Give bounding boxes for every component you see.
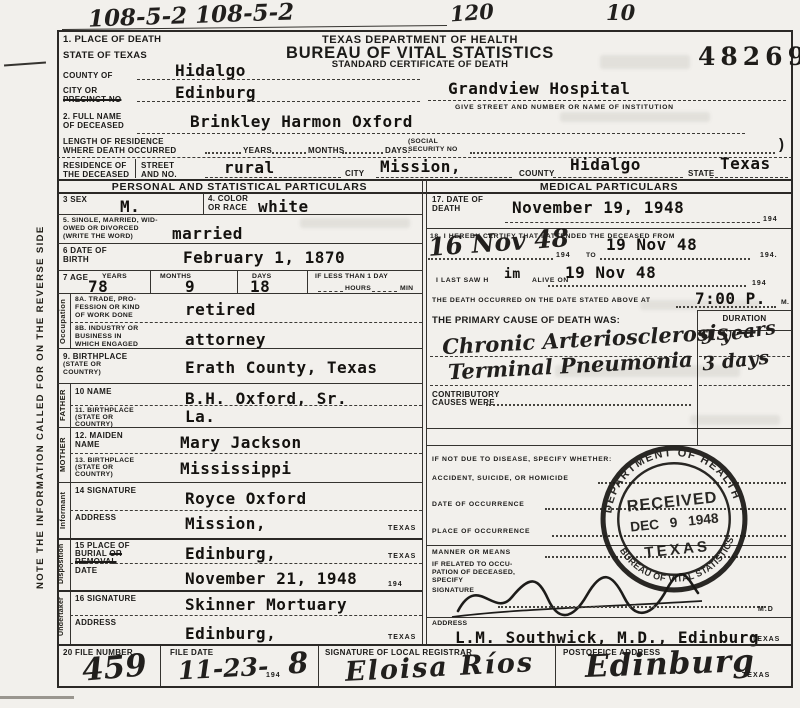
rule bbox=[376, 177, 512, 178]
city-value: Edinburg bbox=[175, 83, 256, 102]
trade-value: retired bbox=[185, 300, 256, 319]
father-name-label: 10 NAME bbox=[75, 387, 112, 396]
rule bbox=[428, 258, 553, 260]
county-value: Hidalgo bbox=[175, 61, 246, 80]
residence-state-value: Texas bbox=[720, 154, 771, 173]
age-label: 7 AGE bbox=[63, 273, 88, 282]
md-label: M.D bbox=[758, 606, 774, 613]
rule bbox=[57, 30, 793, 32]
industry-value: attorney bbox=[185, 330, 266, 349]
dept-line-3: STANDARD CERTIFICATE OF DEATH bbox=[250, 59, 590, 70]
institution-value: Grandview Hospital bbox=[448, 79, 630, 98]
burial-date-label: DATE bbox=[75, 566, 97, 575]
year-hint: 194 bbox=[763, 216, 778, 223]
father-group-label: FATHER bbox=[58, 386, 69, 424]
rule bbox=[430, 385, 692, 386]
min-label: MIN bbox=[400, 285, 413, 293]
rule bbox=[57, 214, 422, 215]
hours-label: HOURS bbox=[345, 285, 371, 293]
undertaker-address-label: ADDRESS bbox=[75, 618, 116, 627]
informant-group-label: Informant bbox=[58, 485, 69, 535]
undertaker-signature-label: 16 SIGNATURE bbox=[75, 594, 136, 603]
occupation-group-label: Occupation bbox=[58, 296, 69, 346]
undertaker-address-value: Edinburg, bbox=[185, 624, 276, 643]
physician-address-label: ADDRESS bbox=[432, 620, 467, 628]
institution-hint: GIVE STREET AND NUMBER OR NAME OF INSTIT… bbox=[455, 104, 674, 112]
rule bbox=[428, 100, 786, 101]
stamp-state: TEXAS bbox=[644, 538, 711, 562]
rule bbox=[205, 177, 341, 178]
disposition-group-label: Disposition bbox=[58, 540, 69, 588]
rule bbox=[57, 243, 422, 244]
rule bbox=[57, 482, 422, 483]
rule bbox=[57, 270, 422, 271]
death-occurred-label: THE DEATH OCCURRED ON THE DATE STATED AB… bbox=[432, 297, 651, 305]
years-label: YEARS bbox=[243, 146, 272, 155]
rule bbox=[57, 590, 422, 592]
birthplace-label-2: (STATE OR bbox=[63, 361, 101, 369]
rule bbox=[699, 385, 790, 386]
postoffice-value: Edinburg bbox=[584, 643, 755, 685]
rule bbox=[498, 606, 766, 608]
last-saw-label-pre: I LAST SAW H bbox=[436, 277, 489, 285]
received-stamp: DEPARTMENT OF HEALTH BUREAU OF VITAL STA… bbox=[590, 435, 757, 602]
trade-label-3: OF WORK DONE bbox=[75, 312, 133, 320]
residence-city-value: Mission, bbox=[380, 157, 461, 176]
file-number-value: 459 bbox=[81, 647, 149, 689]
rule bbox=[70, 405, 422, 406]
rule bbox=[426, 428, 792, 429]
rule bbox=[426, 617, 792, 618]
precinct-label-struck: PRECINCT NO bbox=[63, 95, 121, 104]
rule bbox=[70, 563, 422, 564]
reverse-side-note: NOTE THE INFORMATION CALLED FOR ON THE R… bbox=[35, 163, 52, 651]
rule bbox=[203, 193, 204, 214]
date-of-occurrence-label: DATE OF OCCURRENCE bbox=[432, 501, 525, 509]
rule bbox=[57, 538, 422, 540]
year-hint: 194 bbox=[266, 672, 281, 679]
rule bbox=[150, 271, 151, 293]
last-saw-him-typed: im bbox=[504, 267, 521, 282]
residence-county-value: Hidalgo bbox=[570, 155, 641, 174]
rule bbox=[137, 101, 420, 102]
rule bbox=[318, 291, 343, 292]
months-label: MONTHS bbox=[308, 146, 344, 155]
state-of-texas-label: STATE OF TEXAS bbox=[63, 50, 147, 61]
ssn-label-1: (SOCIAL bbox=[408, 138, 438, 146]
rule bbox=[555, 646, 556, 686]
date-of-death-value: November 19, 1948 bbox=[512, 198, 684, 217]
birthplace-label-3: COUNTRY) bbox=[63, 369, 101, 377]
trade-label-2: FESSION OR KIND bbox=[75, 304, 140, 312]
birthplace-value: Erath County, Texas bbox=[185, 358, 378, 377]
marital-label-2: OWED OR DIVORCED bbox=[63, 225, 139, 233]
undertaker-signature-value: Skinner Mortuary bbox=[185, 595, 347, 614]
days-label: DAYS. bbox=[385, 146, 410, 155]
rule bbox=[318, 646, 319, 686]
rule bbox=[70, 322, 422, 323]
year-hint: 194. bbox=[760, 252, 778, 259]
mother-group-label: MOTHER bbox=[58, 430, 69, 479]
burial-place-state: TEXAS bbox=[388, 553, 416, 560]
rule bbox=[676, 306, 776, 308]
file-date-value: 11-23- bbox=[177, 652, 269, 686]
year-hint: 194 bbox=[556, 252, 571, 259]
top-number-annotation: 10 bbox=[606, 0, 635, 25]
informant-signature-value: Royce Oxford bbox=[185, 489, 307, 508]
full-name-value: Brinkley Harmon Oxford bbox=[190, 112, 413, 131]
primary-cause-label: THE PRIMARY CAUSE OF DEATH WAS: bbox=[432, 315, 620, 326]
rule bbox=[70, 453, 422, 454]
rule bbox=[137, 79, 420, 80]
rule bbox=[600, 258, 750, 260]
certificate-number: 48269 bbox=[698, 42, 800, 71]
last-saw-label-post: ALIVE ON bbox=[532, 277, 569, 285]
rule bbox=[710, 177, 788, 178]
rule bbox=[372, 291, 397, 292]
undertaker-group-label: Undertaker bbox=[58, 592, 69, 642]
birth-label-2: BIRTH bbox=[63, 255, 89, 264]
rule bbox=[70, 383, 71, 644]
mother-birthplace-label-3: COUNTRY) bbox=[75, 471, 113, 479]
date-of-death-label-2: DEATH bbox=[432, 204, 460, 213]
rule bbox=[422, 179, 423, 644]
rule bbox=[237, 271, 238, 293]
marital-label-1: 5. SINGLE, MARRIED, WID- bbox=[63, 217, 158, 225]
ssn-close-paren: ) bbox=[779, 136, 784, 154]
rule bbox=[426, 179, 427, 644]
bleed-smudge bbox=[560, 112, 710, 122]
rule bbox=[553, 177, 683, 178]
marital-label-3: (WRITE THE WORD) bbox=[63, 233, 133, 241]
manner-or-means-label: MANNER OR MEANS bbox=[432, 549, 511, 557]
rule bbox=[791, 30, 793, 688]
place-of-occurrence-label: PLACE OF OCCURRENCE bbox=[432, 528, 530, 536]
maiden-name-value: Mary Jackson bbox=[180, 433, 302, 452]
file-date-year-handwritten: 8 bbox=[287, 645, 310, 680]
street-value: rural bbox=[224, 158, 275, 177]
rule bbox=[342, 152, 383, 154]
rule bbox=[205, 152, 241, 154]
year-hint: 194 bbox=[752, 280, 767, 287]
rule bbox=[70, 510, 422, 511]
rule bbox=[70, 615, 422, 616]
rule bbox=[0, 696, 74, 699]
margin-dash bbox=[4, 62, 46, 67]
burial-date-value: November 21, 1948 bbox=[185, 569, 357, 588]
if-not-disease-label: IF NOT DUE TO DISEASE, SPECIFY WHETHER: bbox=[432, 456, 612, 464]
mother-birthplace-value: Mississippi bbox=[180, 459, 291, 478]
rule bbox=[57, 427, 422, 428]
sex-label: 3 SEX bbox=[63, 195, 87, 204]
rule bbox=[57, 348, 422, 349]
burial-date-hint: 194 bbox=[388, 581, 403, 588]
rule bbox=[272, 152, 306, 154]
full-name-label-2: OF DECEASED bbox=[63, 121, 124, 130]
stamp-date: DEC 9 1948 bbox=[630, 510, 720, 534]
residence-length-label-2: WHERE DEATH OCCURRED bbox=[63, 146, 176, 155]
death-certificate-scan: 108-5-2 108-5-2 120 10 NOTE THE INFORMAT… bbox=[0, 0, 800, 708]
rule bbox=[548, 285, 746, 287]
bleed-smudge bbox=[300, 218, 410, 228]
trade-label-1: 8A. TRADE, PRO- bbox=[75, 296, 136, 304]
color-label-2: OR RACE bbox=[208, 203, 247, 212]
marital-value: married bbox=[172, 224, 243, 243]
meridiem-label: M. bbox=[781, 299, 789, 307]
rule bbox=[57, 293, 422, 294]
burial-place-value: Edinburg, bbox=[185, 544, 276, 563]
county-label: COUNTY OF bbox=[63, 71, 113, 80]
father-birthplace-value: La. bbox=[185, 407, 215, 426]
to-label: TO bbox=[586, 252, 596, 260]
rule bbox=[505, 222, 760, 223]
attended-to-value: 19 Nov 48 bbox=[606, 235, 697, 254]
bleed-smudge bbox=[690, 415, 780, 425]
if-less-than-day-label: IF LESS THAN 1 DAY bbox=[315, 273, 388, 281]
undertaker-address-state: TEXAS bbox=[388, 634, 416, 641]
last-saw-date-value: 19 Nov 48 bbox=[565, 263, 656, 282]
rule bbox=[486, 404, 691, 406]
maiden-name-label-2: NAME bbox=[75, 440, 100, 449]
informant-address-state: TEXAS bbox=[388, 525, 416, 532]
rule bbox=[57, 192, 793, 194]
rule bbox=[57, 383, 422, 384]
rule bbox=[70, 293, 71, 348]
rule bbox=[697, 310, 792, 311]
ssn-label-2: SECURITY NO bbox=[408, 146, 458, 154]
rule bbox=[160, 646, 161, 686]
accident-suicide-label: ACCIDENT, SUICIDE, OR HOMICIDE bbox=[432, 475, 569, 483]
informant-address-label: ADDRESS bbox=[75, 513, 116, 522]
rule bbox=[307, 271, 308, 293]
birth-date-value: February 1, 1870 bbox=[183, 248, 345, 267]
rule bbox=[135, 159, 136, 178]
place-of-death-label: 1. PLACE OF DEATH bbox=[63, 34, 161, 45]
contributory-label-2: CAUSES WERE bbox=[432, 398, 495, 407]
rule bbox=[57, 686, 793, 688]
rule bbox=[137, 133, 745, 134]
county-label-2: COUNTY bbox=[519, 169, 555, 178]
city-label: CITY bbox=[345, 169, 364, 178]
duration-value-2: 3 days bbox=[701, 347, 770, 376]
postoffice-state: TEXAS bbox=[742, 672, 770, 679]
industry-label-1: 8B. INDUSTRY OR bbox=[75, 325, 138, 333]
bleed-smudge bbox=[600, 55, 690, 69]
informant-signature-label: 14 SIGNATURE bbox=[75, 486, 136, 495]
physician-address-state: TEXAS bbox=[752, 636, 780, 643]
informant-address-value: Mission, bbox=[185, 514, 266, 533]
industry-label-2: BUSINESS IN bbox=[75, 333, 122, 341]
top-number-annotation: 120 bbox=[449, 0, 494, 26]
